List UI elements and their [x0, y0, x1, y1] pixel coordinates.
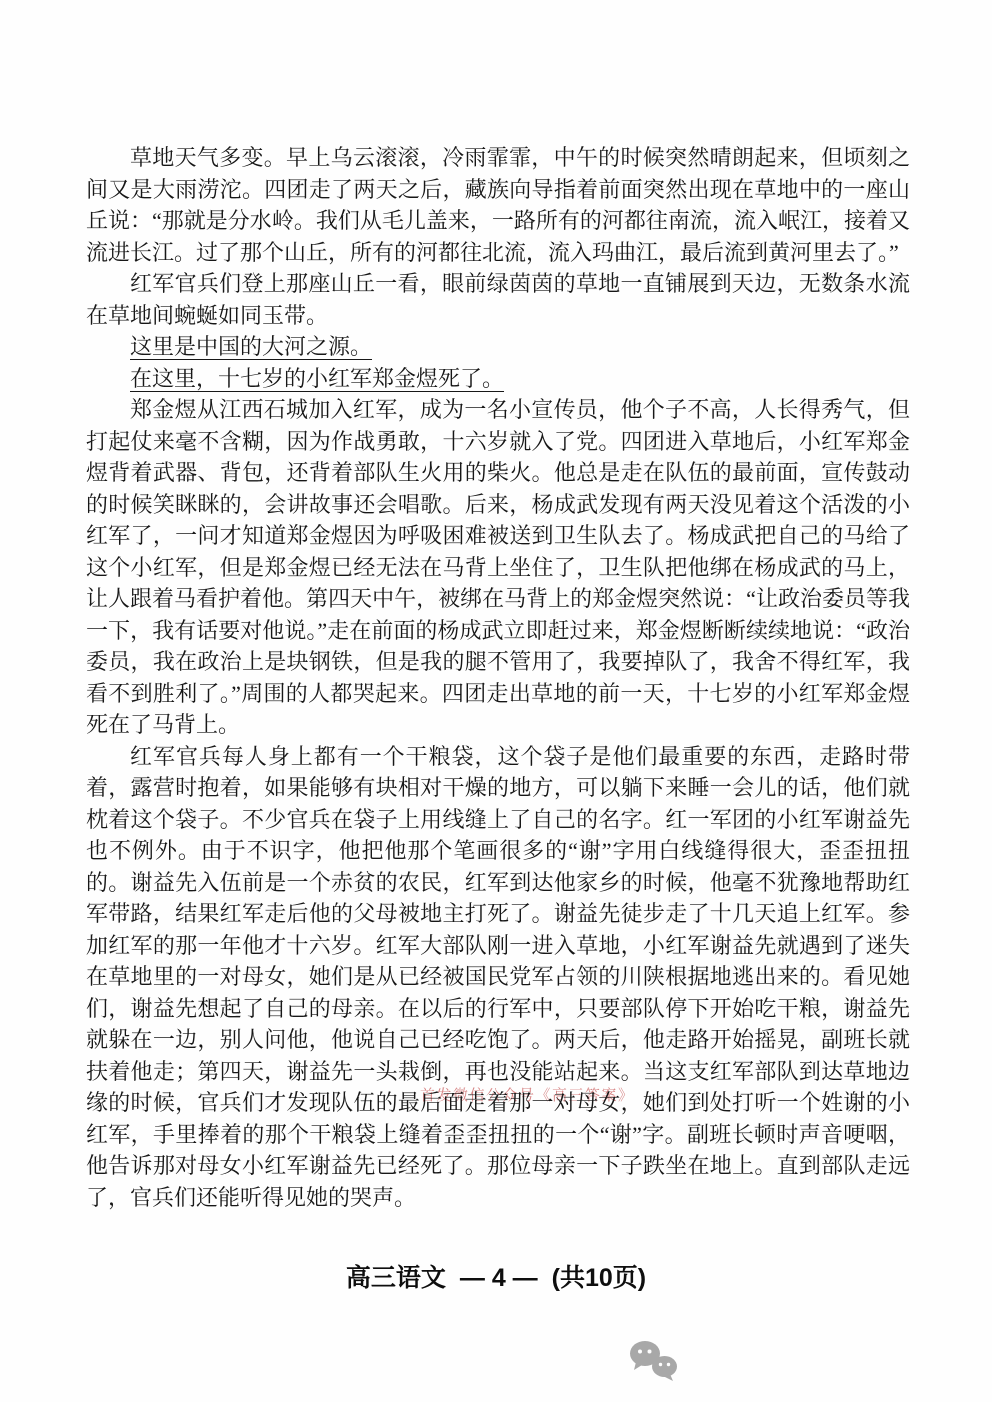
passage-paragraph-underlined: 这里是中国的大河之源。 [86, 331, 910, 363]
footer-subject: 高三语文 [346, 1258, 446, 1294]
footer-page-number: — 4 — [460, 1264, 538, 1293]
passage-paragraph: 红军官兵们登上那座山丘一看，眼前绿茵茵的草地一直铺展到天边，无数条水流在草地间蜿… [86, 268, 910, 331]
footer-total-pages: (共10页) [552, 1258, 646, 1294]
passage-paragraph-underlined: 在这里，十七岁的小红军郑金煜死了。 [86, 363, 910, 395]
wechat-icon [628, 1340, 680, 1384]
passage-paragraph: 红军官兵每人身上都有一个干粮袋，这个袋子是他们最重要的东西，走路时带着，露营时抱… [86, 741, 910, 1214]
passage-paragraph: 草地天气多变。早上乌云滚滚，冷雨霏霏，中午的时候突然晴朗起来，但顷刻之间又是大雨… [86, 142, 910, 268]
exam-page: 首发微信公众号《高三答案》 草地天气多变。早上乌云滚滚，冷雨霏霏，中午的时候突然… [0, 0, 992, 1402]
page-footer: 高三语文 — 4 — (共10页) [0, 1258, 992, 1294]
passage-paragraph: 郑金煜从江西石城加入红军，成为一名小宣传员，他个子不高，人长得秀气，但打起仗来毫… [86, 394, 910, 741]
reading-passage: 草地天气多变。早上乌云滚滚，冷雨霏霏，中午的时候突然晴朗起来，但顷刻之间又是大雨… [86, 142, 910, 1213]
